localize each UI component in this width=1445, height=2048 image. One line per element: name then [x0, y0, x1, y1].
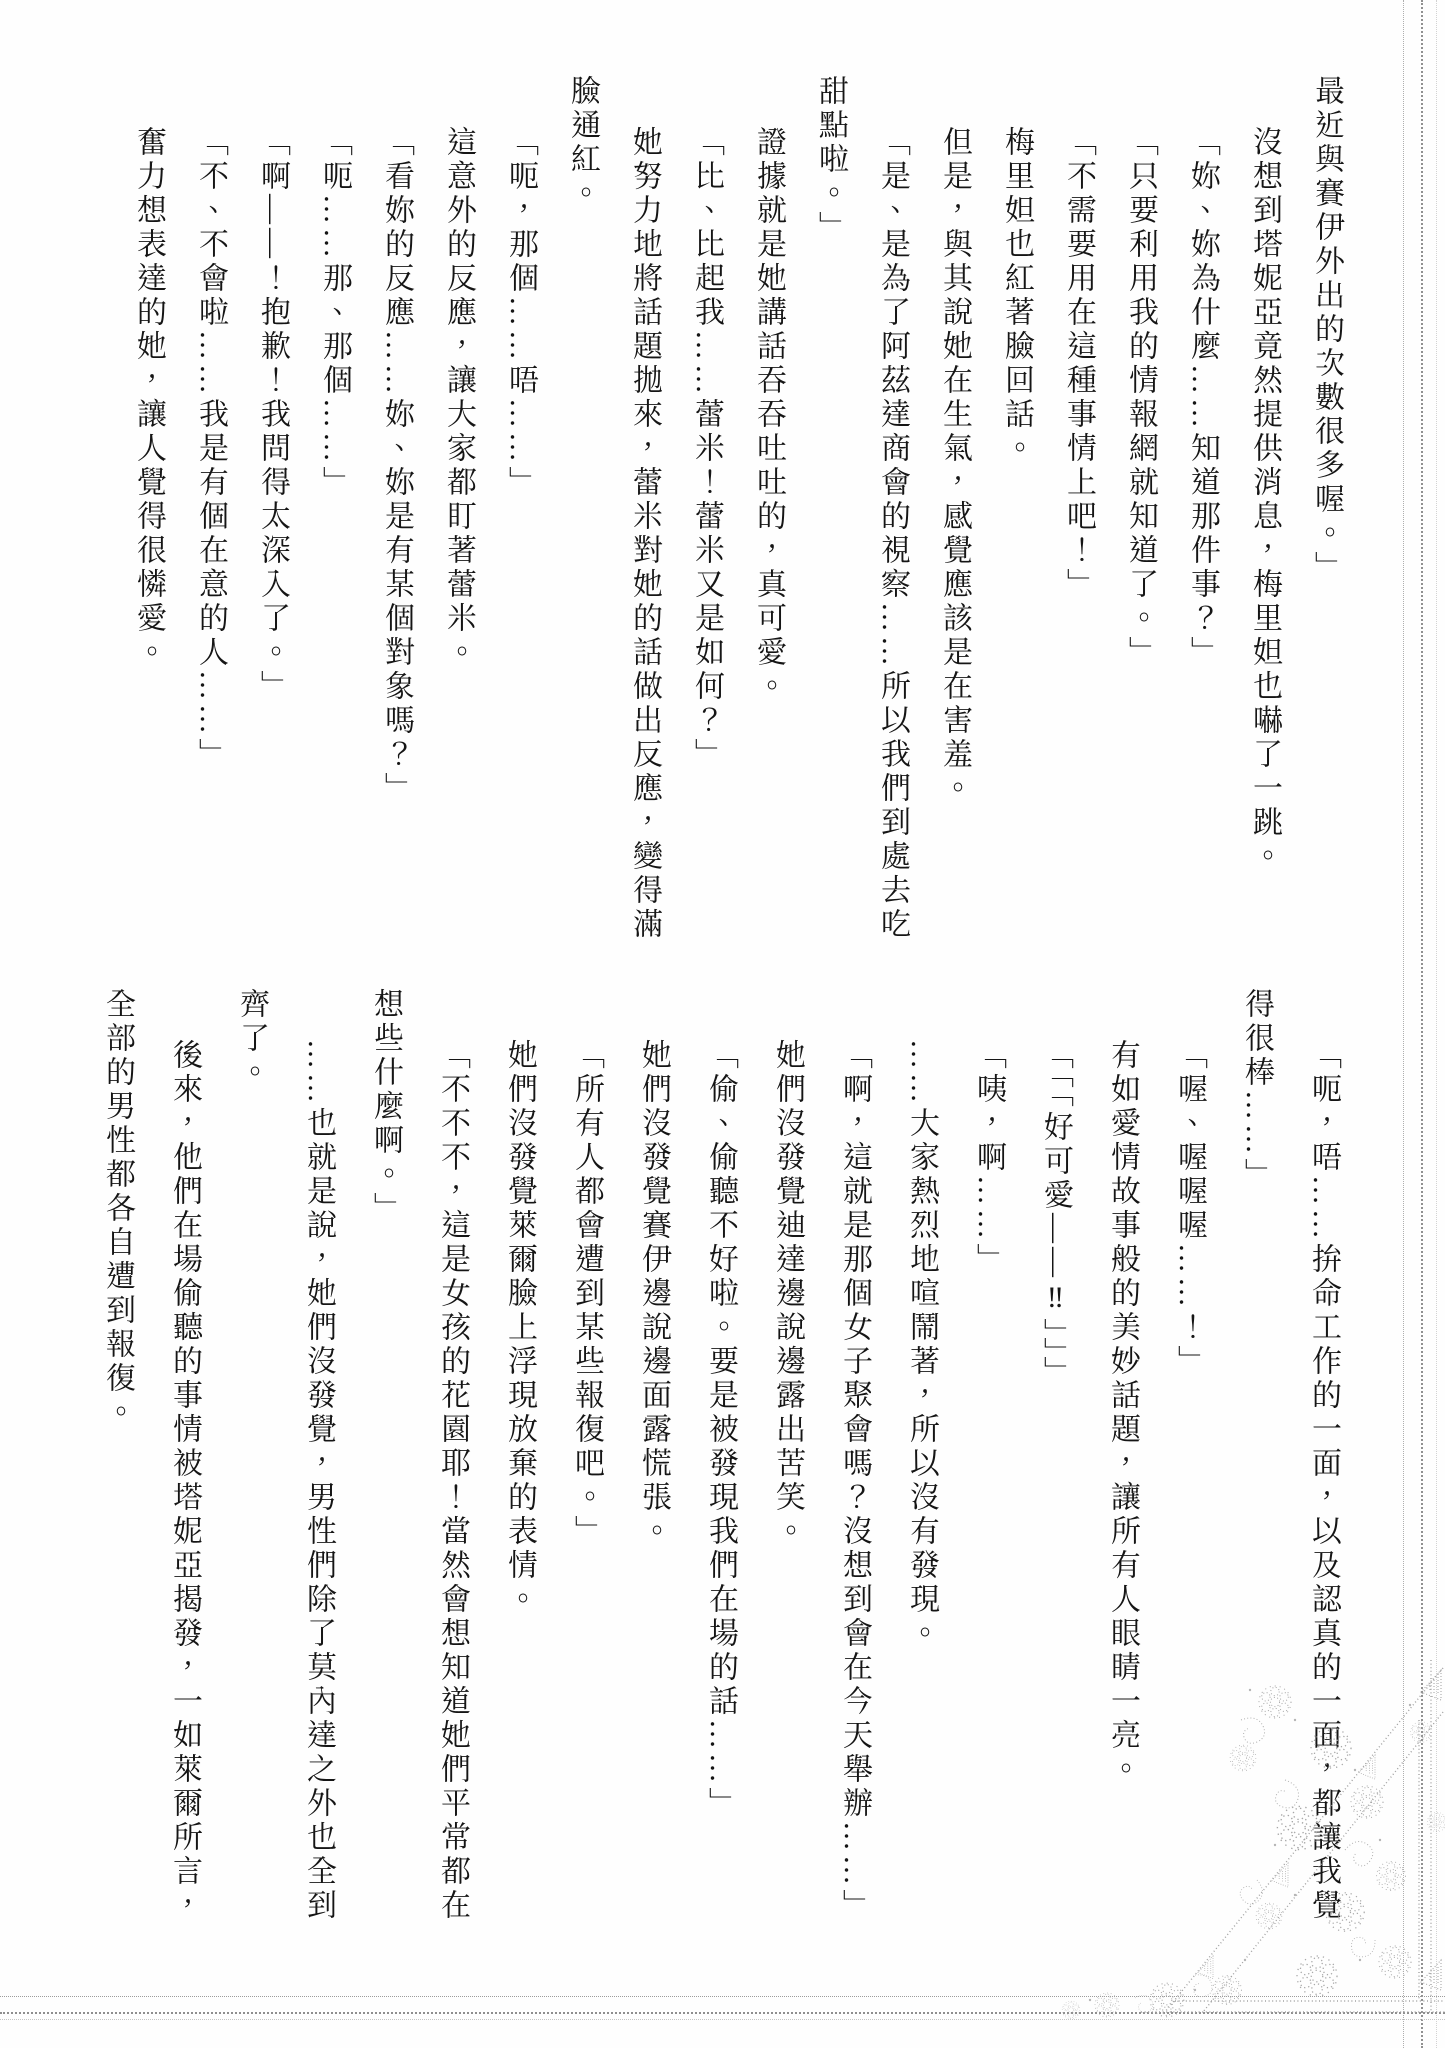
paragraph: 但是，與其說她在生氣，感覺應該是在害羞。: [923, 75, 985, 975]
paragraph: 「比、比起我……蕾米！蕾米又是如何？」: [675, 75, 737, 975]
paragraph: 「啊，這就是那個女子聚會嗎？沒想到會在今天舉辦……」: [821, 988, 888, 1938]
paragraph: 她們沒發覺萊爾臉上浮現放棄的表情。: [486, 988, 553, 1938]
paragraph: 後來，他們在場偷聽的事情被塔妮亞揭發，一如萊爾所言，全部的男性都各自遭到報復。: [84, 988, 218, 1938]
corner-ornament-lace-icon: [1045, 1660, 1445, 2040]
paragraph: 「所有人都會遭到某些報復吧。」: [553, 988, 620, 1938]
paragraph: 「看妳的反應……妳、妳是有某個對象嗎？」: [365, 75, 427, 975]
paragraph: 「是、是為了阿茲達商會的視察……所以我們到處去吃甜點啦。」: [799, 75, 923, 975]
paragraph: 「只要利用我的情報網就知道了。」: [1109, 75, 1171, 975]
paragraph: 「不不不，這是女孩的花園耶！當然會想知道她們平常都在想些什麼啊。」: [352, 988, 486, 1938]
paragraph: 這意外的反應，讓大家都盯著蕾米。: [427, 75, 489, 975]
paragraph: 她們沒發覺賽伊邊說邊面露慌張。: [620, 988, 687, 1938]
paragraph: 奮力想表達的她，讓人覺得很憐愛。: [117, 75, 179, 975]
paragraph: 「啊——！抱歉！我問得太深入了。」: [241, 75, 303, 975]
paragraph: ……也就是說，她們沒發覺，男性們除了莫內達之外也全到齊了。: [218, 988, 352, 1938]
paragraph: 梅里妲也紅著臉回話。: [985, 75, 1047, 975]
paragraph: 她們沒發覺迪達邊說邊露出苦笑。: [754, 988, 821, 1938]
paragraph: 「妳、妳為什麼……知道那件事？」: [1171, 75, 1233, 975]
paragraph: 她努力地將話題拋來，蕾米對她的話做出反應，變得滿臉通紅。: [551, 75, 675, 975]
paragraph: 沒想到塔妮亞竟然提供消息，梅里妲也嚇了一跳。: [1233, 75, 1295, 975]
paragraph: 「呃，那個……唔……」: [489, 75, 551, 975]
book-page: 最近與賽伊外出的次數很多喔。」沒想到塔妮亞竟然提供消息，梅里妲也嚇了一跳。「妳、…: [0, 0, 1445, 2048]
paragraph: 最近與賽伊外出的次數很多喔。」: [1295, 75, 1357, 975]
paragraph: 「偷、偷聽不好啦。要是被發現我們在場的話……」: [687, 988, 754, 1938]
paragraph: ……大家熱烈地喧鬧著，所以沒有發現。: [888, 988, 955, 1938]
paragraph: 「咦，啊……」: [955, 988, 1022, 1938]
paragraph: 證據就是她講話吞吞吐吐的，真可愛。: [737, 75, 799, 975]
paragraph: 「不、不會啦……我是有個在意的人……」: [179, 75, 241, 975]
paragraph: 「呃……那、那個……」: [303, 75, 365, 975]
text-block-top: 最近與賽伊外出的次數很多喔。」沒想到塔妮亞竟然提供消息，梅里妲也嚇了一跳。「妳、…: [97, 75, 1357, 975]
paragraph: 「不需要用在這種事情上吧！」: [1047, 75, 1109, 975]
